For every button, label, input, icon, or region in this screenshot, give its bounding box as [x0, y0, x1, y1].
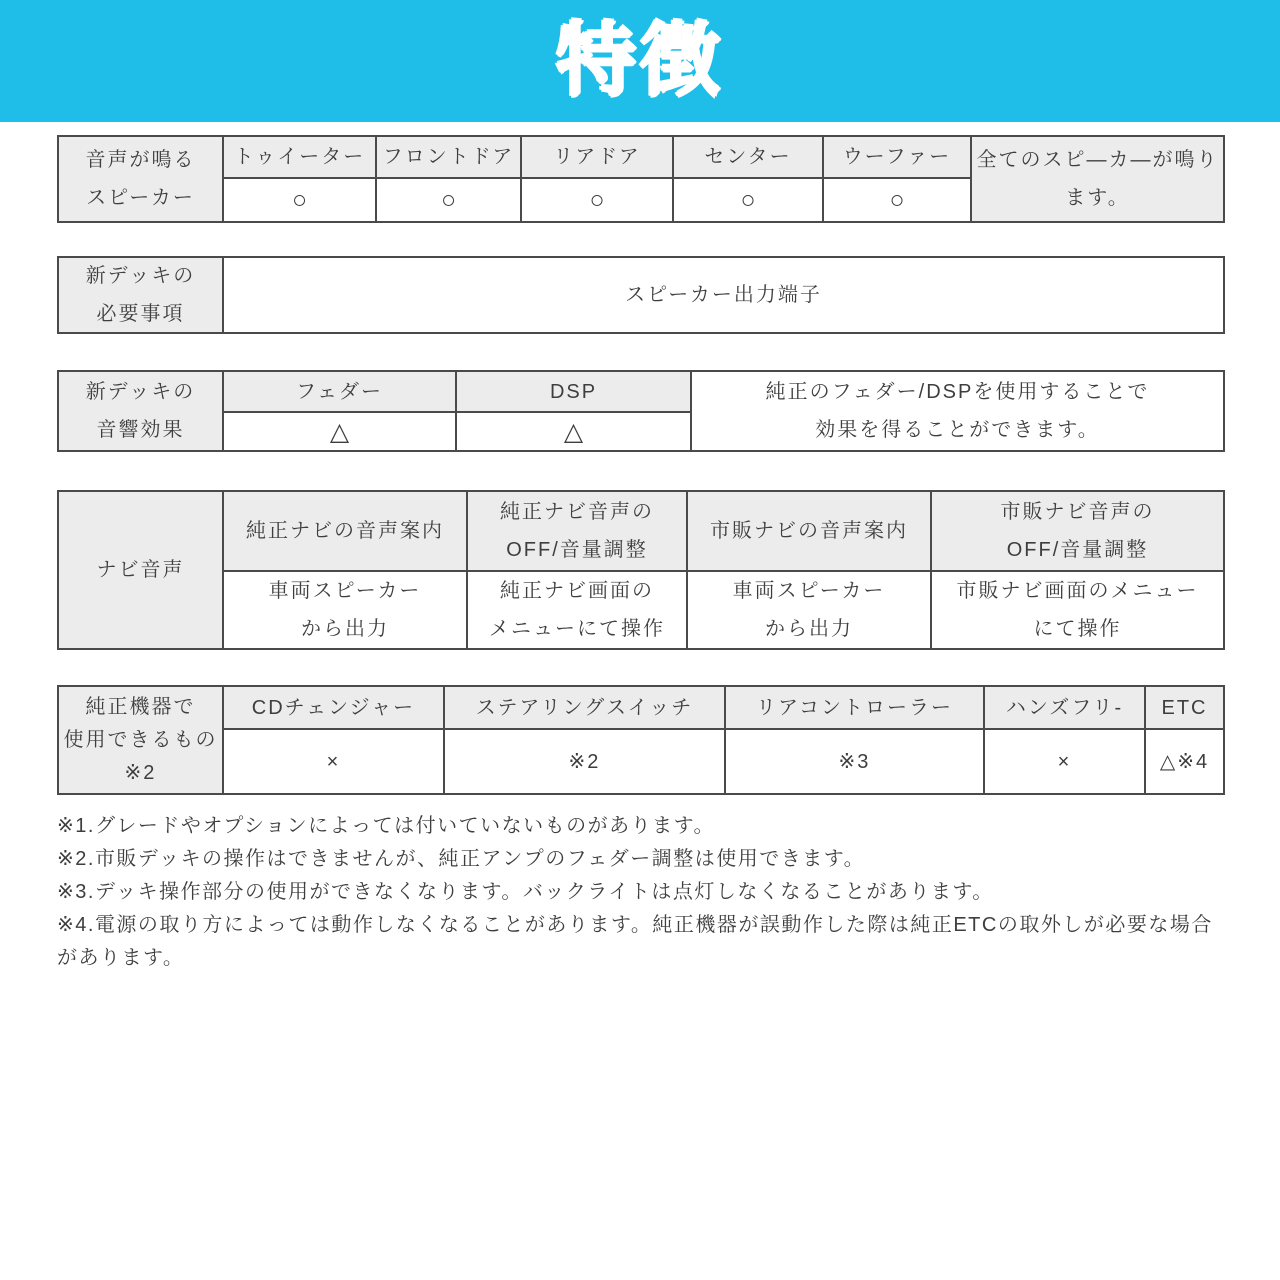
column-header: CDチェンジャー	[224, 687, 443, 730]
column-value: 純正ナビ画面の メニューにて操作	[468, 572, 686, 648]
column-header: フロントドア	[377, 137, 520, 179]
column-header: 純正ナビ音声の OFF/音量調整	[468, 492, 686, 572]
oem-column-steering-switch: ステアリングスイッチ ※2	[445, 687, 726, 793]
column-value: 市販ナビ画面のメニュー にて操作	[932, 572, 1223, 648]
column-value: △	[224, 413, 455, 451]
oem-column-cd-changer: CDチェンジャー ×	[224, 687, 445, 793]
row-label-line: 必要事項	[97, 295, 185, 333]
column-header: トゥイーター	[224, 137, 375, 179]
nav-column-aftermarket-guidance: 市販ナビの音声案内 車両スピーカー から出力	[688, 492, 932, 648]
nav-column-oem-volume: 純正ナビ音声の OFF/音量調整 純正ナビ画面の メニューにて操作	[468, 492, 688, 648]
column-header: 純正ナビの音声案内	[224, 492, 466, 572]
column-header: ハンズフリ-	[985, 687, 1144, 730]
column-value: ※2	[445, 730, 724, 793]
effect-column-fader: フェダー △	[224, 372, 457, 450]
column-header: ステアリングスイッチ	[445, 687, 724, 730]
column-value: ※3	[726, 730, 983, 793]
column-header: ETC	[1146, 687, 1223, 730]
oem-column-handsfree: ハンズフリ- ×	[985, 687, 1146, 793]
note-line: 純正のフェダー/DSPを使用することで	[766, 373, 1150, 411]
row-label-line: 音声が鳴る	[86, 141, 196, 179]
speaker-column-center: センター ○	[674, 137, 824, 221]
deck-requirements-table: 新デッキの 必要事項 スピーカー出力端子	[57, 256, 1225, 334]
effect-column-dsp: DSP △	[457, 372, 692, 450]
column-value: ×	[224, 730, 443, 793]
feature-tables: 音声が鳴る スピーカー トゥイーター ○ フロントドア ○ リアドア ○ センタ…	[57, 135, 1225, 795]
note-line: 全てのスピ―カ―が鳴り	[977, 141, 1219, 179]
column-value: 車両スピーカー から出力	[224, 572, 466, 648]
oem-devices-row-label: 純正機器で 使用できるもの ※2	[59, 687, 224, 793]
column-header: センター	[674, 137, 822, 179]
nav-column-aftermarket-volume: 市販ナビ音声の OFF/音量調整 市販ナビ画面のメニュー にて操作	[932, 492, 1223, 648]
oem-column-rear-controller: リアコントローラー ※3	[726, 687, 985, 793]
footnote-4: ※4.電源の取り方によっては動作しなくなることがあります。純正機器が誤動作した際…	[57, 909, 1232, 975]
speaker-column-tweeter: トゥイーター ○	[224, 137, 377, 221]
footnote-2: ※2.市販デッキの操作はできませんが、純正アンプのフェダー調整は使用できます。	[57, 843, 1232, 876]
note-line: 効果を得ることができます。	[815, 411, 1099, 449]
speakers-note: 全てのスピ―カ―が鳴り ます。	[972, 137, 1223, 221]
speakers-table: 音声が鳴る スピーカー トゥイーター ○ フロントドア ○ リアドア ○ センタ…	[57, 135, 1225, 223]
nav-column-oem-guidance: 純正ナビの音声案内 車両スピーカー から出力	[224, 492, 468, 648]
deck-requirements-row-label: 新デッキの 必要事項	[59, 258, 224, 332]
column-value: ○	[224, 179, 375, 221]
nav-audio-table: ナビ音声 純正ナビの音声案内 車両スピーカー から出力 純正ナビ音声の OFF/…	[57, 490, 1225, 650]
page-title: 特徴	[556, 21, 724, 101]
deck-effects-note: 純正のフェダー/DSPを使用することで 効果を得ることができます。	[692, 372, 1223, 450]
column-header: 市販ナビ音声の OFF/音量調整	[932, 492, 1223, 572]
deck-requirements-value: スピーカー出力端子	[224, 258, 1223, 332]
column-value: ○	[674, 179, 822, 221]
row-label-line: 純正機器で	[86, 691, 196, 724]
deck-effects-row-label: 新デッキの 音響効果	[59, 372, 224, 450]
column-value: ○	[377, 179, 520, 221]
speaker-column-woofer: ウーファー ○	[824, 137, 972, 221]
column-header: リアコントローラー	[726, 687, 983, 730]
speaker-column-front-door: フロントドア ○	[377, 137, 522, 221]
row-label-line: 新デッキの	[86, 257, 196, 295]
footnote-1: ※1.グレードやオプションによっては付いていないものがあります。	[57, 810, 1232, 843]
row-label-line: スピーカー	[86, 179, 195, 217]
column-value: △※4	[1146, 730, 1223, 793]
footnote-3: ※3.デッキ操作部分の使用ができなくなります。バックライトは点灯しなくなることが…	[57, 876, 1232, 909]
note-line: ます。	[1065, 179, 1129, 217]
deck-effects-table: 新デッキの 音響効果 フェダー △ DSP △ 純正のフェダー/DSPを使用する…	[57, 370, 1225, 452]
row-label-line: 使用できるもの	[64, 724, 218, 757]
column-value: ○	[824, 179, 970, 221]
oem-devices-table: 純正機器で 使用できるもの ※2 CDチェンジャー × ステアリングスイッチ ※…	[57, 685, 1225, 795]
row-label-line: ナビ音声	[97, 551, 185, 589]
column-value: 車両スピーカー から出力	[688, 572, 930, 648]
column-header: 市販ナビの音声案内	[688, 492, 930, 572]
column-header: DSP	[457, 372, 690, 413]
row-label-line: 新デッキの	[86, 373, 196, 411]
title-banner: 特徴	[0, 0, 1280, 122]
column-header: リアドア	[522, 137, 672, 179]
column-value: △	[457, 413, 690, 451]
row-label-line: ※2	[125, 757, 157, 790]
column-value: ○	[522, 179, 672, 221]
footnotes: ※1.グレードやオプションによっては付いていないものがあります。 ※2.市販デッ…	[57, 810, 1232, 975]
nav-audio-row-label: ナビ音声	[59, 492, 224, 648]
column-value: ×	[985, 730, 1144, 793]
oem-column-etc: ETC △※4	[1146, 687, 1223, 793]
column-header: フェダー	[224, 372, 455, 413]
row-label-line: 音響効果	[97, 411, 185, 449]
column-header: ウーファー	[824, 137, 970, 179]
speaker-column-rear-door: リアドア ○	[522, 137, 674, 221]
speakers-row-label: 音声が鳴る スピーカー	[59, 137, 224, 221]
